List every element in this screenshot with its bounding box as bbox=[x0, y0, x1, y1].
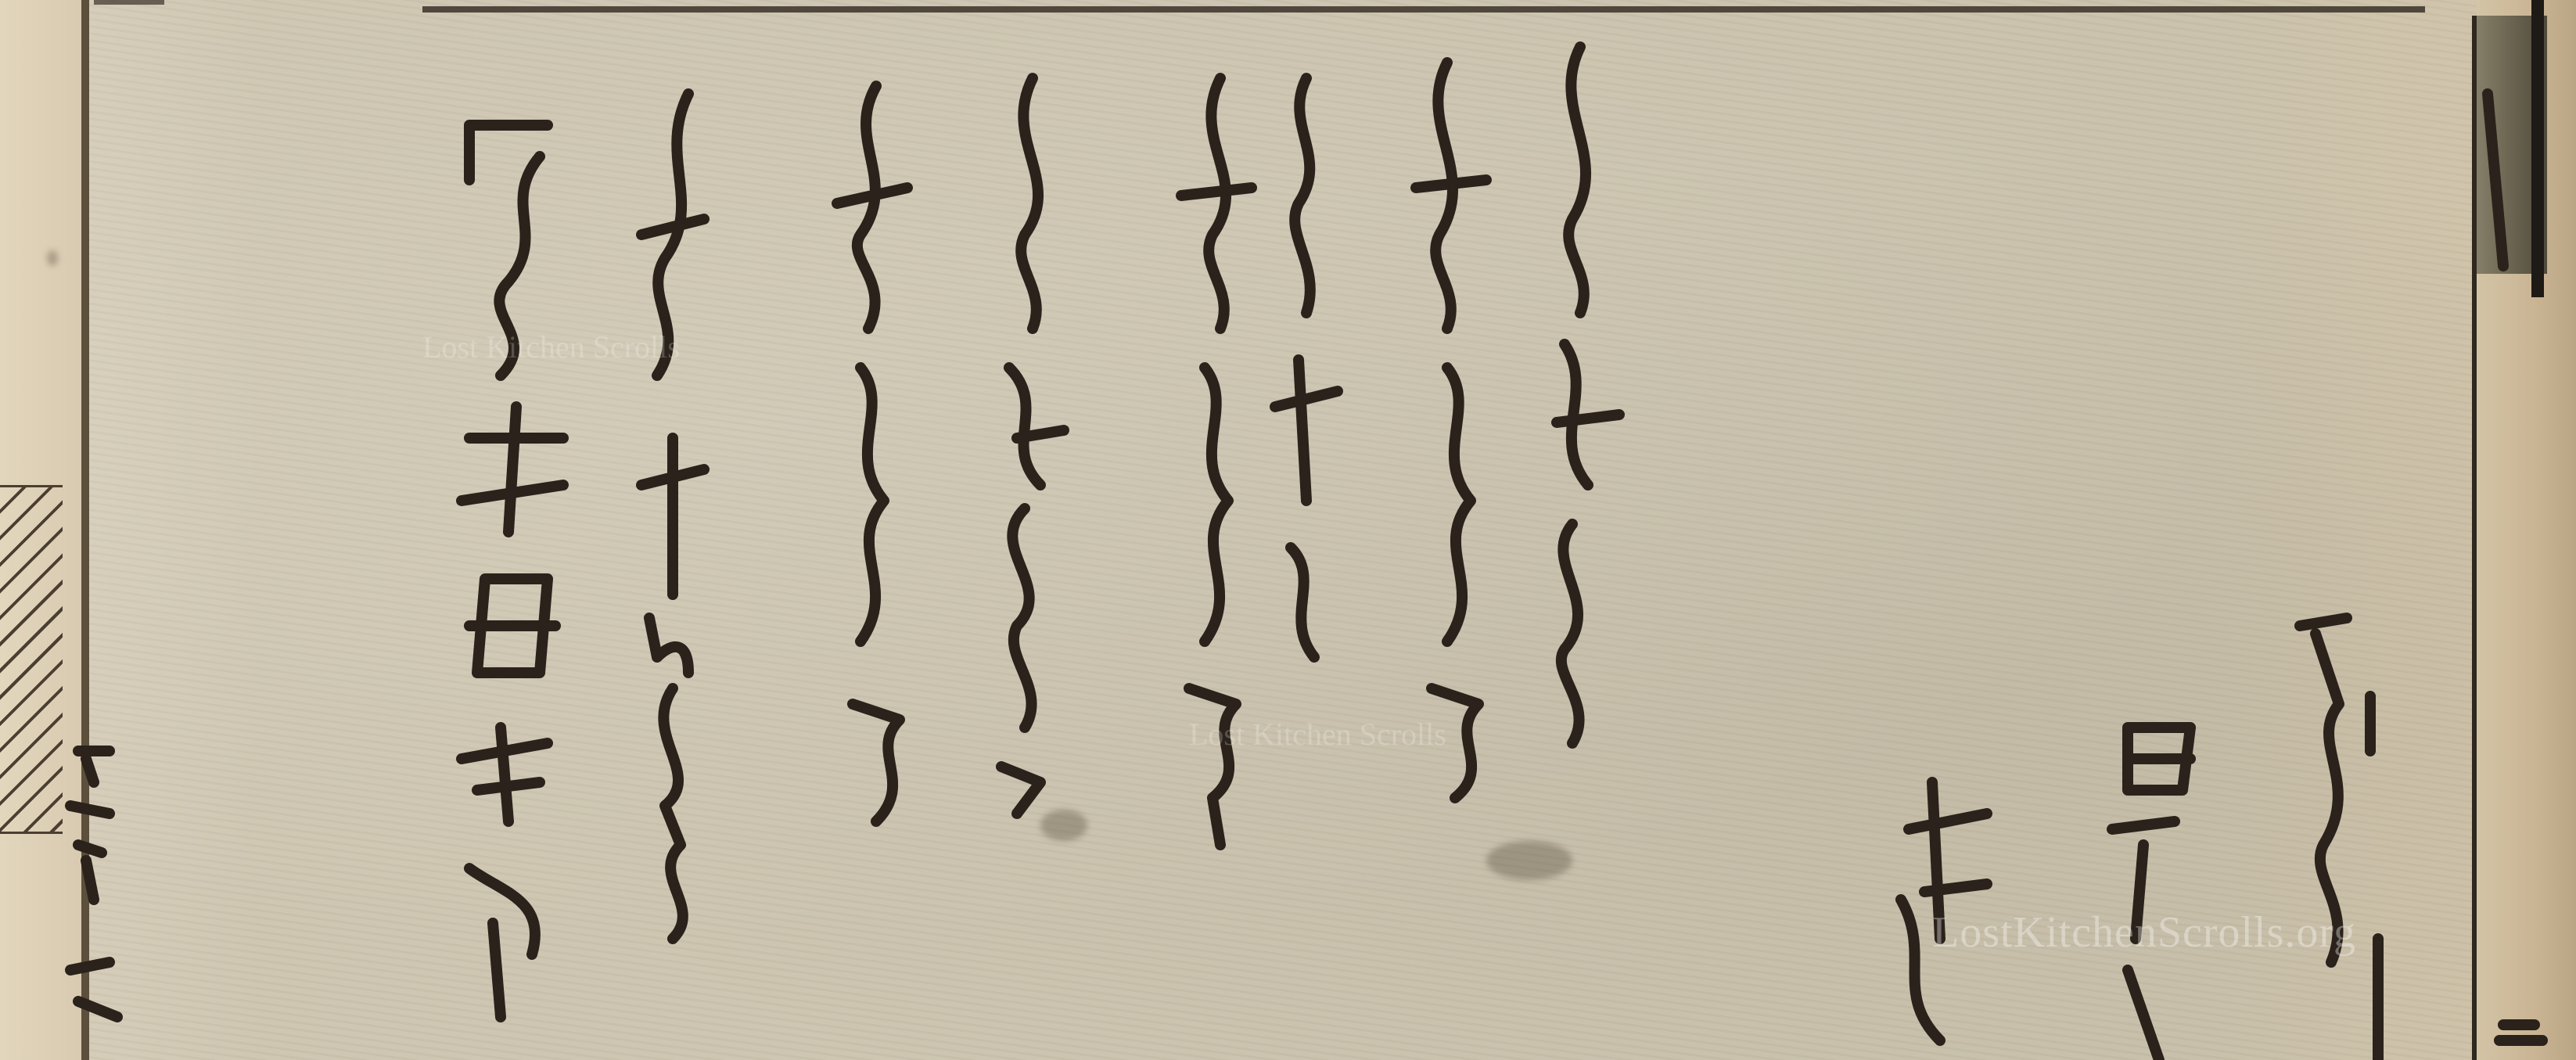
calligraphy-strokes bbox=[0, 0, 2576, 1060]
scanned-page: [書物名/題] 御酒吸物 山椒 鯛 鱠 吸物 御酒 赤貝 吸物 御酒 鯛 焼物 … bbox=[0, 0, 2576, 1060]
watermark-text: LostKitchenScrolls.org bbox=[1932, 907, 2356, 958]
watermark-faint: Lost Kitchen Scrolls bbox=[422, 329, 680, 365]
watermark-faint: Lost Kitchen Scrolls bbox=[1189, 716, 1446, 753]
